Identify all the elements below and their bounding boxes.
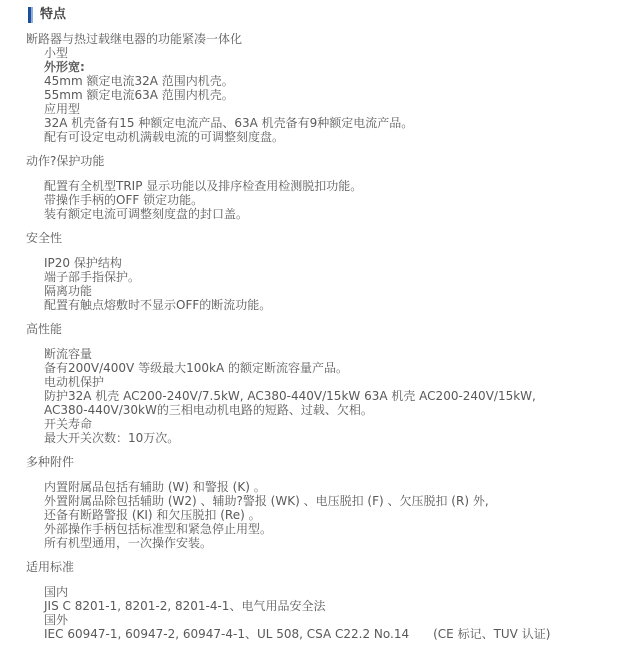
- feature-list: 内置附属品包括有辅助 (W) 和警报 (K) 。 外置附属品除包括辅助 (W2)…: [0, 480, 629, 550]
- feature-line: 带操作手柄的OFF 锁定功能。: [44, 193, 629, 207]
- feature-line: 还备有断路警报 (KI) 和欠压脱扣 (Re) 。: [44, 508, 629, 522]
- feature-line: 隔离功能: [44, 284, 629, 298]
- section-protection: 动作?保护功能 配置有全机型TRIP 显示功能以及排序检查用检测脱扣功能。 带操…: [0, 154, 629, 221]
- section-header: 多种附件: [26, 455, 629, 469]
- feature-line: 防护32A 机壳 AC200-240V/7.5kW, AC380-440V/15…: [44, 389, 629, 403]
- feature-line: 最大开关次数：10万次。: [44, 431, 629, 445]
- feature-list: 小型 外形宽: 45mm 额定电流32A 范围内机壳。 55mm 额定电流63A…: [0, 46, 629, 144]
- accent-bar: [28, 7, 33, 23]
- feature-document: 特点 断路器与热过载继电器的功能紧凑一体化 小型 外形宽: 45mm 额定电流3…: [0, 0, 629, 641]
- page-title: 特点: [40, 8, 66, 22]
- section-performance: 高性能 断流容量 备有200V/400V 等级最大100kA 的额定断流容量产品…: [0, 322, 629, 445]
- feature-line: 外形宽:: [44, 60, 629, 74]
- section-header: 安全性: [26, 231, 629, 245]
- feature-list: 国内 JIS C 8201-1, 8201-2, 8201-4-1、电气用品安全…: [0, 585, 629, 641]
- feature-line: 配有可设定电动机满载电流的可调整刻度盘。: [44, 130, 629, 144]
- feature-line: 所有机型通用，一次操作安装。: [44, 536, 629, 550]
- feature-line: 断流容量: [44, 347, 629, 361]
- feature-line: 内置附属品包括有辅助 (W) 和警报 (K) 。: [44, 480, 629, 494]
- feature-line: IEC 60947-1, 60947-2, 60947-4-1、UL 508, …: [44, 627, 629, 641]
- feature-line: 备有200V/400V 等级最大100kA 的额定断流容量产品。: [44, 361, 629, 375]
- section-standards: 适用标准 国内 JIS C 8201-1, 8201-2, 8201-4-1、电…: [0, 560, 629, 641]
- feature-line: 55mm 额定电流63A 范围内机壳。: [44, 88, 629, 102]
- section-header: 高性能: [26, 322, 629, 336]
- feature-line: 外部操作手柄包括标准型和紧急停止用型。: [44, 522, 629, 536]
- feature-line: JIS C 8201-1, 8201-2, 8201-4-1、电气用品安全法: [44, 599, 629, 613]
- feature-line: 国内: [44, 585, 629, 599]
- section-overview: 小型 外形宽: 45mm 额定电流32A 范围内机壳。 55mm 额定电流63A…: [0, 46, 629, 144]
- feature-line: IP20 保护结构: [44, 256, 629, 270]
- section-header: 适用标准: [26, 560, 629, 574]
- section-accessories: 多种附件 内置附属品包括有辅助 (W) 和警报 (K) 。 外置附属品除包括辅助…: [0, 455, 629, 550]
- feature-line: 配置有全机型TRIP 显示功能以及排序检查用检测脱扣功能。: [44, 179, 629, 193]
- feature-line: 配置有触点熔敷时不显示OFF的断流功能。: [44, 298, 629, 312]
- feature-list: 断流容量 备有200V/400V 等级最大100kA 的额定断流容量产品。 电动…: [0, 347, 629, 445]
- feature-line: 开关寿命: [44, 417, 629, 431]
- feature-line: 45mm 额定电流32A 范围内机壳。: [44, 74, 629, 88]
- feature-line: 小型: [44, 46, 629, 60]
- section-safety: 安全性 IP20 保护结构 端子部手指保护。 隔离功能 配置有触点熔敷时不显示O…: [0, 231, 629, 312]
- feature-line: 端子部手指保护。: [44, 270, 629, 284]
- feature-line: 外置附属品除包括辅助 (W2) 、辅助?警报 (WK) 、电压脱扣 (F) 、欠…: [44, 494, 629, 508]
- feature-list: 配置有全机型TRIP 显示功能以及排序检查用检测脱扣功能。 带操作手柄的OFF …: [0, 179, 629, 221]
- doc-title-row: 特点: [28, 7, 629, 23]
- feature-line: 装有额定电流可调整刻度盘的封口盖。: [44, 207, 629, 221]
- feature-list: IP20 保护结构 端子部手指保护。 隔离功能 配置有触点熔敷时不显示OFF的断…: [0, 256, 629, 312]
- feature-line: AC380-440V/30kW的三相电动机电路的短路、过载、欠相。: [44, 403, 629, 417]
- section-header: 动作?保护功能: [26, 154, 629, 168]
- feature-line: 32A 机壳备有15 种额定电流产品、63A 机壳备有9种额定电流产品。: [44, 116, 629, 130]
- intro-text: 断路器与热过载继电器的功能紧凑一体化: [26, 32, 629, 46]
- feature-line: 国外: [44, 613, 629, 627]
- feature-line: 电动机保护: [44, 375, 629, 389]
- feature-line: 应用型: [44, 102, 629, 116]
